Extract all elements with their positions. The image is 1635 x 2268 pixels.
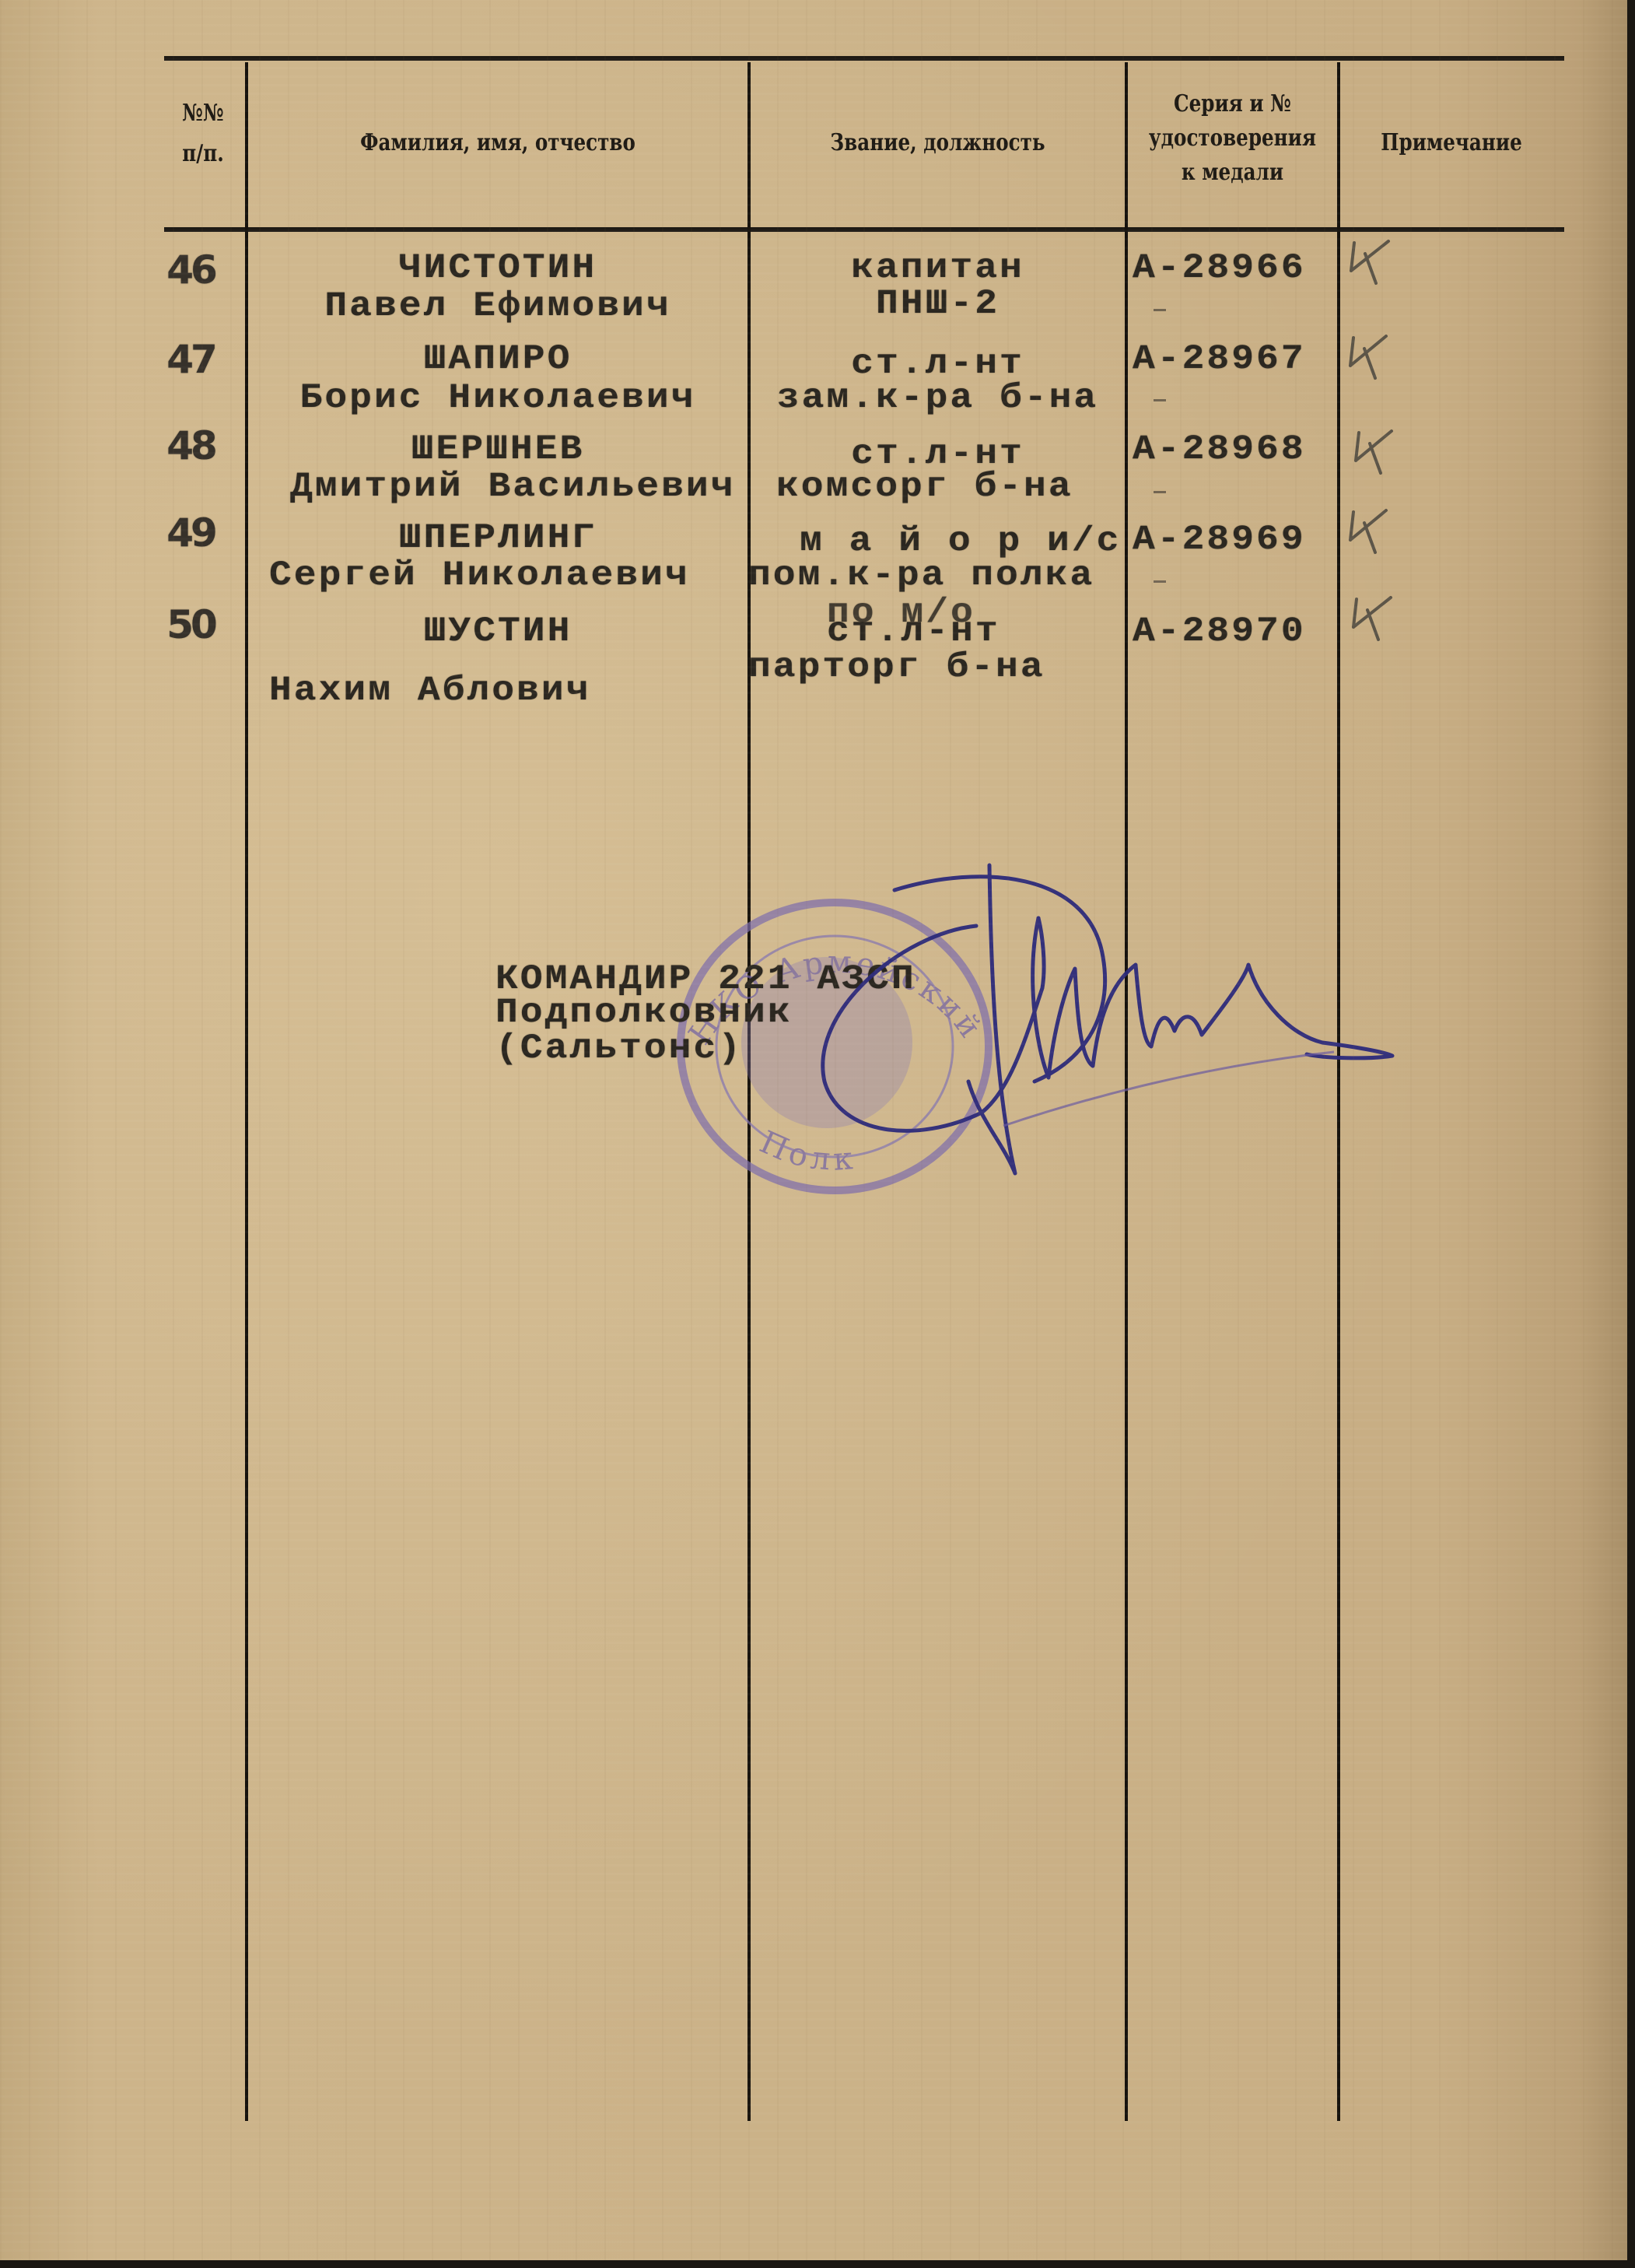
handwritten-signature [0, 0, 1635, 2268]
document-page: №№ п/п. Фамилия, имя, отчество Звание, д… [0, 0, 1627, 2260]
